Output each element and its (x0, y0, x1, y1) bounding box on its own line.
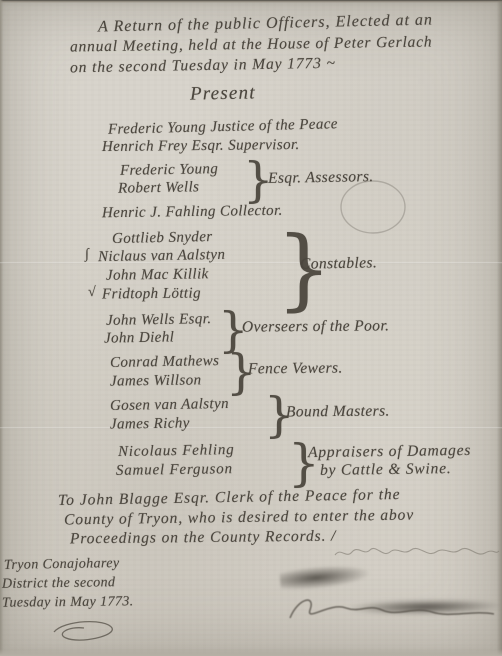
corner-note-line-3: Tuesday in May 1773. (2, 595, 134, 610)
overseer-name: John Diehl (104, 330, 174, 346)
ink-flourish-loop (336, 176, 410, 238)
closing-line-1: To John Blagge Esqr. Clerk of the Peace … (58, 487, 401, 508)
appraiser-name: Nicolaus Fehling (118, 443, 235, 460)
corner-note-line-2: District the second (2, 576, 116, 592)
constable-name: Niclaus van Aalstyn (98, 248, 226, 265)
heading-line-2: annual Meeting, held at the House of Pet… (70, 34, 433, 55)
fence-viewers-title: Fence Vewers. (248, 361, 343, 377)
heading-line-3: on the second Tuesday in May 1773 ~ (70, 56, 336, 76)
appraisers-title-line-1: Appraisers of Damages (308, 443, 471, 461)
scan-edge-top (0, 0, 502, 3)
justice-line: Frederic Young Justice of the Peace (108, 117, 338, 138)
scan-edge-left (0, 0, 3, 656)
fence-viewer-name: Conrad Mathews (110, 354, 220, 371)
margin-mark: √ (88, 286, 96, 300)
bound-master-name: James Richy (110, 416, 190, 432)
constables-title: Constables. (300, 255, 377, 272)
paper-crease (0, 427, 502, 429)
constable-name: Fridtoph Löttig (102, 286, 201, 302)
bound-master-name: Gosen van Aalstyn (110, 397, 229, 414)
scanned-document-page: A Return of the public Officers, Elected… (0, 0, 502, 656)
closing-line-2: County of Tryon, who is desired to enter… (64, 508, 414, 528)
appraiser-name: Samuel Ferguson (116, 462, 233, 479)
faint-pencil-scribble (333, 541, 501, 563)
overseer-name: John Wells Esqr. (106, 312, 212, 329)
constable-name: John Mac Killik (106, 267, 209, 283)
flourish-swirl (48, 616, 122, 646)
constable-name: Gottlieb Snyder (112, 230, 213, 247)
present-label: Present (190, 83, 256, 103)
corner-note-line-1: Tryon Conajoharey (4, 557, 120, 573)
smudged-signature (286, 590, 502, 630)
overseers-title: Overseers of the Poor. (242, 318, 390, 335)
margin-mark: ∫ (85, 248, 89, 262)
assessor-name: Frederic Young (120, 162, 218, 179)
closing-line-3: Proceedings on the County Records. / (70, 529, 336, 547)
ink-smudge (279, 562, 371, 592)
heading-line-1: A Return of the public Officers, Elected… (98, 12, 433, 35)
bound-masters-title: Bound Masters. (286, 404, 390, 420)
fence-viewer-name: James Willson (110, 373, 202, 389)
appraisers-title-line-2: by Cattle & Swine. (320, 461, 452, 478)
collector-line: Henric J. Fahling Collector. (102, 204, 283, 222)
paper-crease (0, 262, 502, 264)
scan-edge-bottom (0, 649, 502, 656)
assessor-name: Robert Wells (118, 180, 200, 196)
